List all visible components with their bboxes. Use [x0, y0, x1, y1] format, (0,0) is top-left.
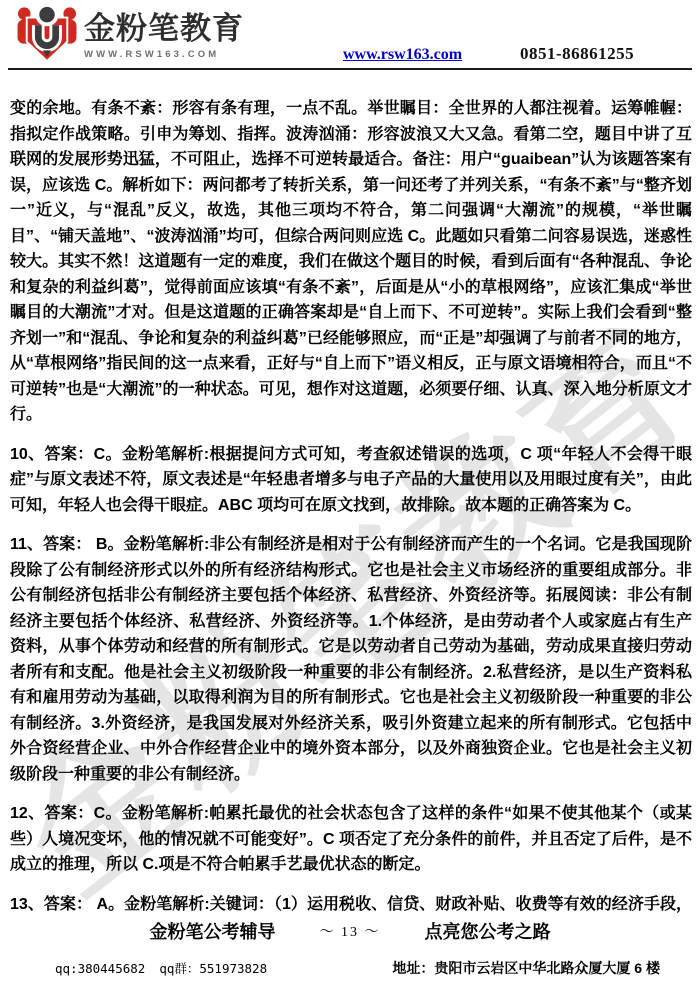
brand-name: 金粉笔教育 — [84, 13, 244, 46]
qq-group-number: qq群：551973828 — [159, 961, 267, 976]
paragraph-answer9-continuation: 变的余地。有条不紊：形容有条有理，一点不乱。举世瞩目：全世界的人都注视着。运筹帷… — [10, 96, 692, 428]
qq-number: qq:380445682 — [55, 961, 145, 976]
paragraph-answer12: 12、答案：C。金粉笔解析:帕累托最优的社会状态包含了这样的条件“如果不使其他某… — [10, 801, 692, 878]
paragraph-answer11: 11、答案： B。金粉笔解析:非公有制经济是相对于公有制经济而产生的一个名词。它… — [10, 532, 692, 787]
brand-subtitle-url: WWW.RSW163.COM — [84, 49, 244, 60]
page-header: 金粉笔教育 WWW.RSW163.COM www.rsw163.com 0851… — [0, 0, 700, 70]
brand-text-block: 金粉笔教育 WWW.RSW163.COM — [84, 5, 244, 60]
footer-brand-line: 金粉笔公考辅导 ～ 13 ～ 点亮您公考之路 — [0, 918, 700, 944]
people-u-shield-logo-icon — [16, 5, 78, 63]
document-text-area: 变的余地。有条不紊：形容有条有理，一点不乱。举世瞩目：全世界的人都注视着。运筹帷… — [10, 96, 692, 914]
paragraph-answer10: 10、答案：C。金粉笔解析:根据提问方式可知，考查叙述错误的选项，C 项“年轻人… — [10, 442, 692, 519]
document-page: 金粉笔教育 WWW.RSW163.COM www.rsw163.com 0851… — [0, 0, 700, 999]
header-divider — [8, 68, 692, 70]
website-link[interactable]: www.rsw163.com — [343, 46, 462, 64]
qq-contacts: qq:380445682qq群：551973828 — [55, 959, 267, 977]
footer-slogan-right: 点亮您公考之路 — [425, 918, 551, 944]
brand-logo: 金粉笔教育 WWW.RSW163.COM — [16, 5, 244, 63]
phone-number: 0851-86861255 — [520, 44, 634, 64]
paragraph-answer13: 13、答案： A。金粉笔解析:关键词：（1）运用税收、信贷、财政补贴、收费等有效… — [10, 892, 692, 915]
footer-brand-left: 金粉笔公考辅导 — [150, 918, 276, 944]
footer-contact-line: qq:380445682qq群：551973828 地址：贵阳市云岩区中华北路众… — [55, 958, 660, 978]
company-address: 地址：贵阳市云岩区中华北路众厦大厦 6 楼 — [392, 958, 660, 978]
page-number: ～ 13 ～ — [320, 921, 381, 941]
